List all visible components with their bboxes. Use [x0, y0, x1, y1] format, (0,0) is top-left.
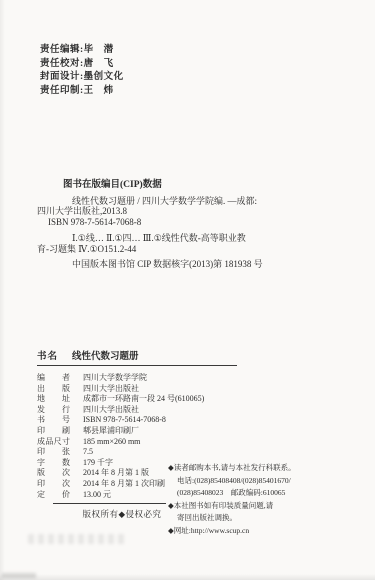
note-quality-line1: ◆本社图书如有印装质量问题,请	[168, 500, 373, 513]
cip-header: 图书在版编目(CIP)数据	[37, 180, 347, 191]
title-divider	[37, 365, 237, 366]
page-edge-shadow-bottom	[0, 574, 375, 580]
info-row-isbn: 书号ISBN 978-7-5614-7068-8	[37, 415, 237, 426]
cip-classification-line2: 育-习题集 Ⅳ.①O151.2-44	[37, 244, 347, 255]
note-phone-line2: (028)85408023 邮政编码:610065	[168, 487, 373, 500]
credit-line-cover-design: 封面设计:墨创文化	[40, 71, 124, 85]
credit-line-editor: 责任编辑:毕 潜	[40, 44, 124, 58]
note-quality-line2: 寄回出版社调换。	[168, 512, 373, 525]
note-website: ◆网址:http://www.scup.cn	[168, 525, 373, 538]
note-mail-order: ◆读者邮购本书,请与本社发行科联系。	[168, 462, 373, 475]
cip-publisher-line: 四川大学出版社,2013.8	[37, 206, 347, 217]
credit-line-print-supervisor: 责任印制:王 炜	[40, 85, 124, 99]
publisher-notes: ◆读者邮购本书,请与本社发行科联系。 电话:(028)85408408/(028…	[168, 462, 373, 538]
page-edge-shadow-left	[0, 0, 5, 580]
info-row-dimensions: 成品尺寸185 mm×260 mm	[37, 437, 237, 448]
credits-block: 责任编辑:毕 潜 责任校对:唐 飞 封面设计:墨创文化 责任印制:王 炜	[40, 44, 124, 98]
info-row-address: 地址成都市一环路南一段 24 号(610065)	[37, 394, 237, 405]
scan-smudge	[28, 534, 126, 544]
book-title-label: 书名	[37, 348, 58, 362]
info-row-publisher: 出版四川大学出版社	[37, 384, 237, 395]
info-row-editor: 编者四川大学数学学院	[37, 373, 237, 384]
copyright-page: 责任编辑:毕 潜 责任校对:唐 飞 封面设计:墨创文化 责任印制:王 炜 图书在…	[0, 0, 375, 580]
credit-line-proofreader: 责任校对:唐 飞	[40, 58, 124, 72]
cip-block: 图书在版编目(CIP)数据 线性代数习题册 / 四川大学数学学院编. —成都: …	[37, 180, 347, 270]
info-row-printer: 印刷郫县犀浦印刷厂	[37, 426, 237, 437]
copyright-divider	[53, 503, 166, 504]
book-title-row: 书名线性代数习题册	[37, 348, 237, 361]
info-row-sheets: 印张7.5	[37, 447, 237, 458]
cip-record-number: 中国版本图书馆 CIP 数据核字(2013)第 181938 号	[37, 259, 347, 270]
cip-title-line: 线性代数习题册 / 四川大学数学学院编. —成都:	[37, 196, 347, 207]
cip-classification-line1: Ⅰ.①线… Ⅱ.①四… Ⅲ.①线性代数-高等职业教	[37, 233, 347, 244]
book-title-value: 线性代数习题册	[72, 352, 139, 362]
note-phone-line1: 电话:(028)85408408/(028)85401670/	[168, 475, 373, 488]
info-row-distributor: 发行四川大学出版社	[37, 405, 237, 416]
cip-isbn: ISBN 978-7-5614-7068-8	[37, 217, 347, 228]
